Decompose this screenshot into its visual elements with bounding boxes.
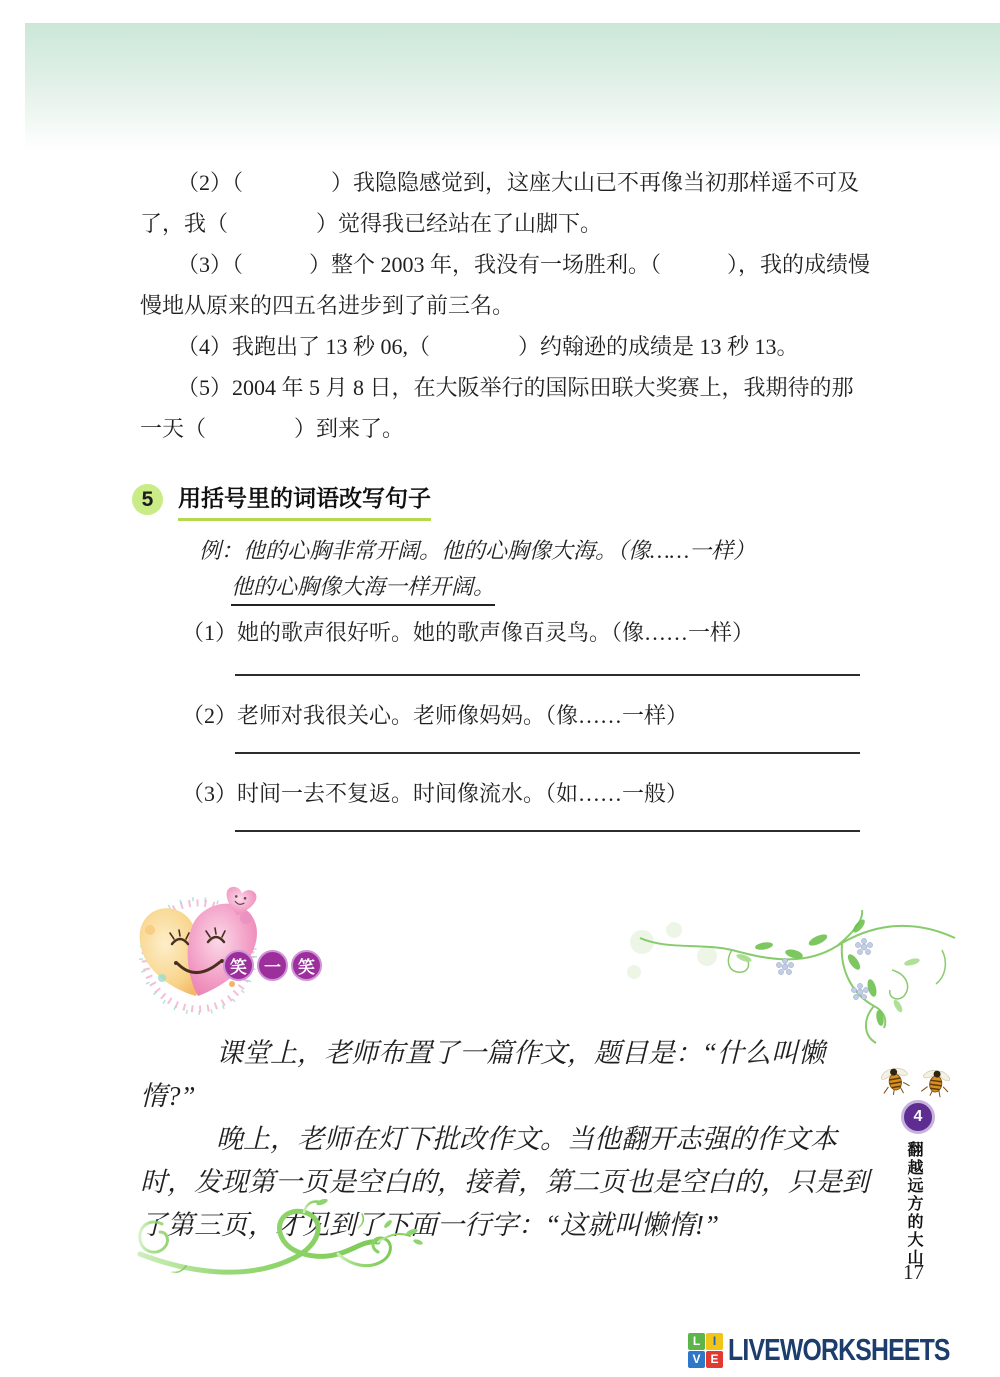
answer-line-2[interactable]: [235, 752, 860, 754]
example-question: 例：他的心胸非常开阔。他的心胸像大海。（像……一样）: [199, 534, 755, 565]
rewrite-item-1: （1）她的歌声很好听。她的歌声像百灵鸟。（像……一样）: [182, 616, 754, 647]
answer-line-1[interactable]: [235, 674, 860, 676]
logo-square-e: E: [706, 1351, 723, 1368]
bee-icons: [878, 1056, 958, 1101]
logo-wordmark: LIVEWORKSHEETS: [728, 1332, 950, 1368]
joke-paragraph: 课堂上，老师布置了一篇作文，题目是：“什么叫懒惰?”: [140, 1032, 878, 1118]
rewrite-item-3: （3）时间一去不复返。时间像流水。（如……一般）: [182, 777, 688, 808]
logo-square-l: L: [688, 1333, 705, 1350]
fill-blank-sentence-3: （3）（ ）整个 2003 年，我没有一场胜利。（ ），我的成绩慢慢地从原来的四…: [140, 244, 882, 326]
vine-flourish-decoration: [612, 910, 957, 1045]
page-number: 17: [903, 1260, 924, 1285]
logo-letter-grid: L I V E: [688, 1333, 723, 1368]
laugh-badge-char: 一: [257, 950, 288, 981]
fill-blank-sentence-5: （5）2004 年 5 月 8 日，在大阪举行的国际田联大奖赛上，我期待的那一天…: [140, 367, 866, 449]
exercise4-sentences: （2）（ ）我隐隐感觉到，这座大山已不再像当初那样遥不可及了，我（ ）觉得我已经…: [140, 162, 882, 449]
fill-blank-sentence-4: （4）我跑出了 13 秒 06,（ ）约翰逊的成绩是 13 秒 13。: [140, 326, 882, 367]
logo-square-i: I: [706, 1333, 723, 1350]
worksheet-page: （2）（ ）我隐隐感觉到，这座大山已不再像当初那样遥不可及了，我（ ）觉得我已经…: [0, 0, 1000, 1377]
smiling-hearts-illustration: [128, 880, 333, 1015]
laugh-badge-char: 笑: [291, 950, 322, 981]
exercise5-header: 5 用括号里的词语改写句子: [132, 484, 431, 521]
laugh-section-badge: 笑 一 笑: [223, 950, 322, 981]
swirl-vine-decoration: [126, 1196, 436, 1296]
laugh-badge-char: 笑: [223, 950, 254, 981]
section-title: 用括号里的词语改写句子: [178, 484, 431, 521]
rewrite-item-2: （2）老师对我很关心。老师像妈妈。（像……一样）: [182, 699, 688, 730]
answer-line-3[interactable]: [235, 830, 860, 832]
example-answer: 他的心胸像大海一样开阔。: [231, 570, 495, 606]
logo-square-v: V: [688, 1351, 705, 1368]
section-number-badge: 5: [132, 484, 163, 515]
fill-blank-sentence-2: （2）（ ）我隐隐感觉到，这座大山已不再像当初那样遥不可及了，我（ ）觉得我已经…: [140, 162, 882, 244]
liveworksheets-logo[interactable]: L I V E LIVEWORKSHEETS: [688, 1332, 1000, 1368]
unit-number-badge: 4: [901, 1100, 935, 1134]
page-top-gradient: [25, 23, 1000, 151]
